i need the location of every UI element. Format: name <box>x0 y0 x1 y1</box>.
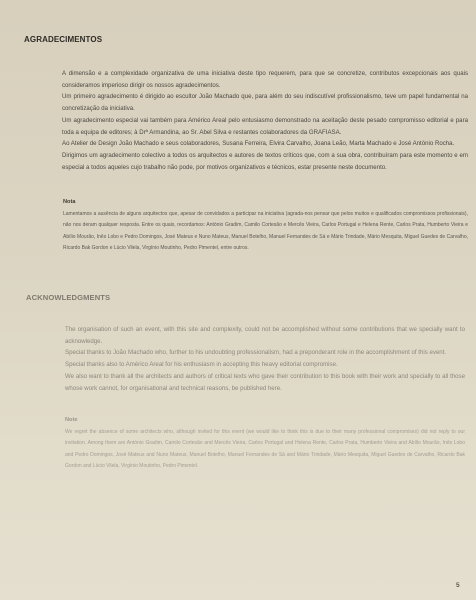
en-paragraph-2: Special thanks to João Machado who, furt… <box>65 347 465 359</box>
pt-paragraph-5: Dirigimos um agradecimento colectivo a t… <box>62 150 468 173</box>
document-page: AGRADECIMENTOS A dimensão e a complexida… <box>0 0 476 600</box>
pt-paragraph-3: Um agradecimento especial vai também par… <box>62 115 468 138</box>
en-note-text: We regret the absence of some architects… <box>65 427 465 473</box>
en-paragraph-1: The organisation of such an event, with … <box>65 324 465 347</box>
pt-paragraph-4: Ao Atelier de Design João Machado e seus… <box>62 138 468 150</box>
en-paragraph-3: Special thanks also to Américo Areal for… <box>65 359 465 371</box>
section-title-acknowledgments: ACKNOWLEDGMENTS <box>26 293 110 302</box>
en-paragraph-4: We also want to thank all the architects… <box>65 371 465 394</box>
en-note-title: Note <box>65 417 77 423</box>
section-title-agradecimentos: AGRADECIMENTOS <box>24 35 102 44</box>
pt-note-title: Nota <box>63 199 75 205</box>
english-body: The organisation of such an event, with … <box>65 324 465 394</box>
pt-note-text: Lamentamos a ausência de alguns arquitec… <box>63 209 468 255</box>
pt-paragraph-2: Um primeiro agradecimento é dirigido ao … <box>62 91 468 114</box>
pt-paragraph-1: A dimensão e a complexidade organizativa… <box>62 68 468 91</box>
page-number: 5 <box>456 582 460 589</box>
portuguese-body: A dimensão e a complexidade organizativa… <box>62 68 468 173</box>
